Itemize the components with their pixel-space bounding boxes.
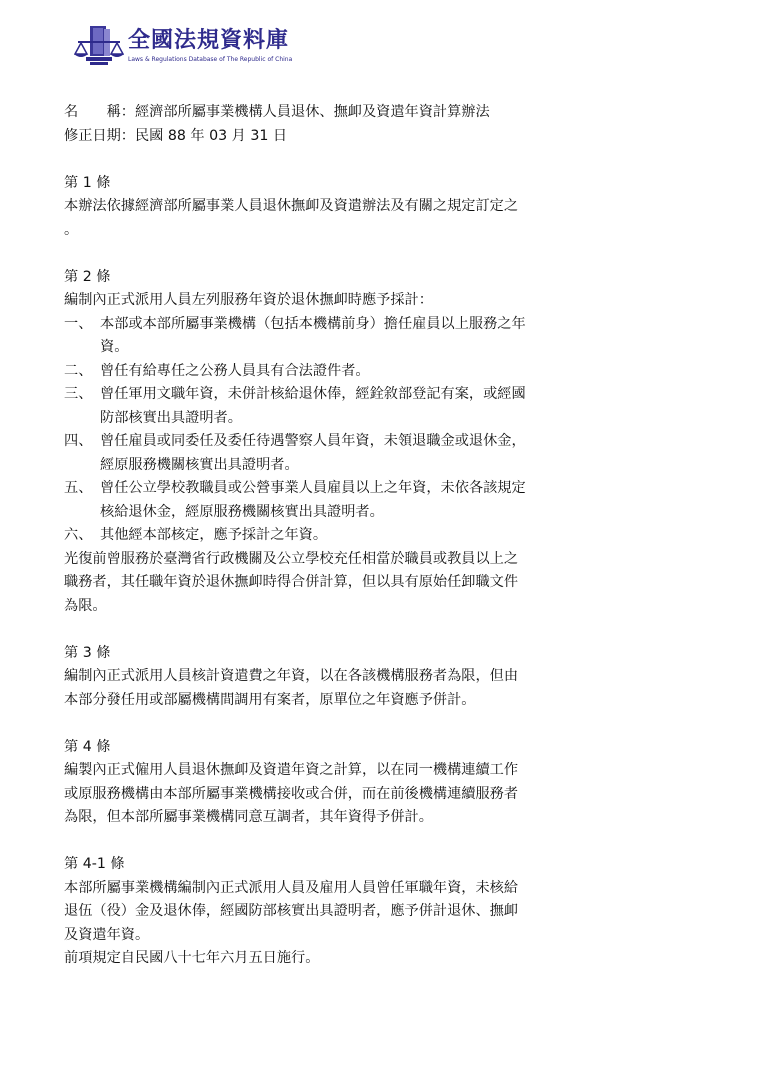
item-number: 六、 (64, 524, 100, 548)
date-value: 民國 88 年 03 月 31 日 (135, 128, 287, 144)
article-text-line: 為限。 (64, 595, 564, 619)
article-intro: 編制內正式派用人員左列服務年資於退休撫卹時應予採計： (64, 289, 564, 313)
item-number: 二、 (64, 360, 100, 384)
regulation-document: 名 稱：經濟部所屬事業機構人員退休、撫卹及資遣年資計算辦法 修正日期：民國 88… (64, 101, 564, 971)
list-item-continuation: 經原服務機關核實出具證明者。 (64, 454, 564, 478)
list-item: 五、曾任公立學校教職員或公營事業人員雇員以上之年資，未依各該規定 (64, 477, 564, 501)
list-item-continuation: 核給退休金，經原服務機關核實出具證明者。 (64, 501, 564, 525)
list-item-continuation: 資。 (64, 336, 564, 360)
scales-of-justice-icon (74, 24, 124, 68)
article-text-line: 。 (64, 219, 564, 243)
regulation-name: 名 稱：經濟部所屬事業機構人員退休、撫卹及資遣年資計算辦法 (64, 101, 564, 125)
article-1-title: 第 1 條 (64, 172, 564, 196)
name-label: 名 稱： (64, 104, 135, 120)
list-item: 四、曾任雇員或同委任及委任待遇警察人員年資，未領退職金或退休金， (64, 430, 564, 454)
site-logo: 全國法規資料庫 Laws & Regulations Database of T… (74, 24, 292, 68)
article-text-line: 前項規定自民國八十七年六月五日施行。 (64, 947, 564, 971)
list-item: 六、其他經本部核定，應予採計之年資。 (64, 524, 564, 548)
article-text-line: 編製內正式僱用人員退休撫卹及資遣年資之計算，以在同一機構連續工作 (64, 759, 564, 783)
article-text-line: 退伍（役）金及退休俸，經國防部核實出具證明者，應予併計退休、撫卹 (64, 900, 564, 924)
item-number: 五、 (64, 477, 100, 501)
article-text-line: 為限，但本部所屬事業機構同意互調者，其年資得予併計。 (64, 806, 564, 830)
item-number: 四、 (64, 430, 100, 454)
list-item: 三、曾任軍用文職年資，未併計核給退休俸，經銓敘部登記有案，或經國 (64, 383, 564, 407)
article-text-line: 編制內正式派用人員核計資遣費之年資，以在各該機構服務者為限，但由 (64, 665, 564, 689)
logo-subtitle: Laws & Regulations Database of The Repub… (128, 55, 292, 64)
article-text-line: 本部分發任用或部屬機構間調用有案者，原單位之年資應予併計。 (64, 689, 564, 713)
amendment-date: 修正日期：民國 88 年 03 月 31 日 (64, 125, 564, 149)
item-number: 三、 (64, 383, 100, 407)
article-4-title: 第 4 條 (64, 736, 564, 760)
article-text-line: 光復前曾服務於臺灣省行政機關及公立學校充任相當於職員或教員以上之 (64, 548, 564, 572)
name-value: 經濟部所屬事業機構人員退休、撫卹及資遣年資計算辦法 (135, 104, 490, 120)
article-text-line: 本辦法依據經濟部所屬事業人員退休撫卹及資遣辦法及有關之規定訂定之 (64, 195, 564, 219)
list-item-continuation: 防部核實出具證明者。 (64, 407, 564, 431)
article-text-line: 本部所屬事業機構編制內正式派用人員及雇用人員曾任軍職年資，未核給 (64, 877, 564, 901)
list-item: 二、曾任有給專任之公務人員具有合法證件者。 (64, 360, 564, 384)
article-text-line: 及資遣年資。 (64, 924, 564, 948)
list-item: 一、本部或本部所屬事業機構（包括本機構前身）擔任雇員以上服務之年 (64, 313, 564, 337)
article-text-line: 或原服務機構由本部所屬事業機構接收或合併，而在前後機構連續服務者 (64, 783, 564, 807)
article-text-line: 職務者，其任職年資於退休撫卹時得合併計算，但以具有原始任卸職文件 (64, 571, 564, 595)
article-2-title: 第 2 條 (64, 266, 564, 290)
item-number: 一、 (64, 313, 100, 337)
article-4-1-title: 第 4-1 條 (64, 853, 564, 877)
article-3-title: 第 3 條 (64, 642, 564, 666)
logo-title: 全國法規資料庫 (128, 29, 292, 53)
date-label: 修正日期： (64, 128, 135, 144)
